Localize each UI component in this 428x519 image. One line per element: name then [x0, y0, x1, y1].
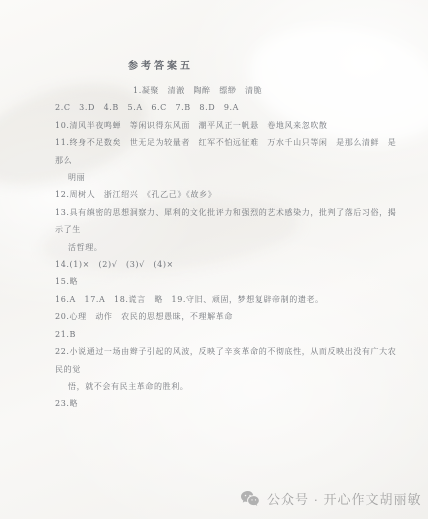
answer-line: 悟，就不会有民主革命的胜利。	[68, 378, 398, 395]
answer-lines: 1.凝聚 清澈 陶醉 缥缈 清脆2.C 3.D 4.B 5.A 6.C 7.B …	[0, 82, 428, 413]
answer-sheet: 参考答案五 1.凝聚 清澈 陶醉 缥缈 清脆2.C 3.D 4.B 5.A 6.…	[0, 0, 428, 413]
answer-line: 15.略	[55, 273, 398, 290]
answer-line: 14.(1)× (2)√ (3)√ (4)×	[55, 256, 398, 273]
answer-line: 11.终身不足数矣 世无足为较量者 红军不怕远征难 万水千山只等闲 是那么清鲜 …	[55, 134, 398, 169]
wechat-label: 公众号 · 开心作文胡丽敏	[267, 489, 422, 508]
wechat-watermark: 公众号 · 开心作文胡丽敏	[240, 489, 422, 508]
answer-line: 20.心理 动作 农民的思想愚昧，不理解革命	[55, 308, 398, 325]
answer-line: 1.凝聚 清澈 陶醉 缥缈 清脆	[133, 82, 398, 99]
wechat-icon	[240, 490, 260, 507]
answer-line: 12.周树人 浙江绍兴 《孔乙己》《故乡》	[55, 186, 398, 203]
answer-line: 10.清风半夜鸣蝉 等闲识得东风面 潮平风正一帆悬 卷地风来忽吹散	[55, 117, 398, 134]
answer-line: 明丽	[68, 169, 398, 186]
answer-line: 活哲理。	[68, 239, 398, 256]
answer-line: 16.A 17.A 18.谎言 略 19.守旧、顽固，梦想复辟帝制的遗老。	[55, 291, 398, 308]
answer-line: 22.小说通过一场由辫子引起的风波，反映了辛亥革命的不彻底性，从而反映出没有广大…	[55, 343, 398, 378]
answer-line: 21.B	[55, 326, 398, 343]
answer-line: 13.具有缜密的思想洞察力、犀利的文化批评力和强烈的艺术感染力，批判了落后习俗，…	[55, 204, 398, 239]
answer-line: 23.略	[55, 395, 398, 412]
answer-line: 2.C 3.D 4.B 5.A 6.C 7.B 8.D 9.A	[55, 99, 398, 116]
page-title: 参考答案五	[128, 57, 428, 72]
